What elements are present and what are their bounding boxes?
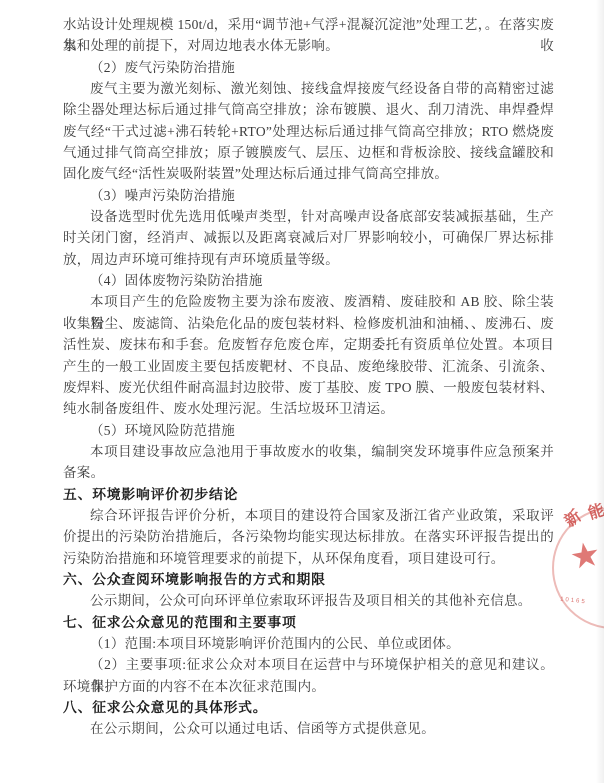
text-line: 环境保护方面的内容不在本次征求范围内。 — [63, 676, 554, 697]
text-line: 价提出的污染防治措施后，各污染物均能实现达标排放。在落实环评报告提出的 — [63, 526, 554, 547]
text-line: 本项目产生的危险废物主要为涂布废液、废酒精、废硅胶和 AB 胶、除尘装置 — [63, 291, 554, 312]
text-line: （3）噪声污染防治措施 — [63, 185, 554, 206]
text-line: 纯水制备废组件、废水处理污泥。生活垃圾环卫清运。 — [63, 398, 554, 419]
text-line: 设备选型时优先选用低噪声类型，针对高噪声设备底部安装减振基础，生产 — [63, 206, 554, 227]
seal-arc-character: 能 — [585, 497, 604, 524]
seal-serial-number: 10165 — [560, 597, 587, 606]
text-line: 活性炭、废抹布和手套。危废暂存危废仓库，定期委托有资质单位处置。本项目 — [63, 334, 554, 355]
text-line: 放，周边声环境可维持现有声环境质量等级。 — [63, 249, 554, 270]
text-line: （4）固体废物污染防治措施 — [63, 270, 554, 291]
text-line: 备案。 — [63, 462, 554, 483]
text-line: （2）主要事项:征求公众对本项目在运营中与环境保护相关的意见和建议。非 — [63, 654, 554, 675]
scan-edge-shadow — [596, 0, 604, 783]
text-line: 时关闭门窗，经消声、减振以及距离衰减后对厂界影响较小，可确保厂界达标排 — [63, 227, 554, 248]
text-line: （1）范围:本项目环境影响评价范围内的公民、单位或团体。 — [63, 633, 554, 654]
text-line: 废气主要为激光刻标、激光刻蚀、接线盒焊接废气经设备自带的高精密过滤 — [63, 78, 554, 99]
section-heading: 八、征求公众意见的具体形式。 — [63, 697, 554, 718]
section-heading: 五、环境影响评价初步结论 — [63, 484, 554, 505]
section-heading: 六、公众查阅环境影响报告的方式和期限 — [63, 569, 554, 590]
seal-arc-character: 新 — [559, 503, 585, 531]
text-line: 产生的一般工业固废主要包括废靶材、不良品、废绝缘胶带、汇流条、引流条、 — [63, 356, 554, 377]
text-line: 收集粉尘、废滤筒、沾染危化品的废包装材料、检修废机油和油桶、、废沸石、废 — [63, 313, 554, 334]
text-line: 固化废气经“活性炭吸附装置”处理达标后通过排气筒高空排放。 — [63, 163, 554, 184]
text-line: （5）环境风险防范措施 — [63, 420, 554, 441]
company-seal-stamp: ★ 新 能 10165 — [548, 502, 604, 632]
text-line: 气通过排气筒高空排放；原子镀膜废气、层压、边框和背板涂胶、接线盒罐胶和 — [63, 142, 554, 163]
text-line: 本项目建设事故应急池用于事故废水的收集，编制突发环境事件应急预案并 — [63, 441, 554, 462]
text-line: 在公示期间，公众可以通过电话、信函等方式提供意见。 — [63, 718, 554, 739]
text-line: 除尘器处理达标后通过排气筒高空排放；涂布镀膜、退火、刮刀清洗、串焊叠焊 — [63, 99, 554, 120]
section-heading: 七、征求公众意见的范围和主要事项 — [63, 612, 554, 633]
text-line: 水站设计处理规模 150t/d，采用“调节池+气浮+混凝沉淀池”处理工艺，。在落… — [63, 14, 554, 35]
seal-star-icon: ★ — [567, 534, 604, 579]
seal-ring-icon — [552, 507, 604, 629]
document-page: 水站设计处理规模 150t/d，采用“调节池+气浮+混凝沉淀池”处理工艺，。在落… — [0, 0, 604, 783]
document-text-block: 水站设计处理规模 150t/d，采用“调节池+气浮+混凝沉淀池”处理工艺，。在落… — [63, 14, 554, 740]
text-line: 公示期间，公众可向环评单位索取环评报告及项目相关的其他补充信息。 — [63, 590, 554, 611]
text-line: 污染防治措施和环境管理要求的前提下，从环保角度看，项目建设可行。 — [63, 548, 554, 569]
text-line: 废焊料、废光伏组件耐高温封边胶带、废丁基胶、废 TPO 膜、一般废包装材料、 — [63, 377, 554, 398]
text-line: （2）废气污染防治措施 — [63, 57, 554, 78]
text-line: 废气经“干式过滤+沸石转轮+RTO”处理达标后通过排气筒高空排放；RTO 燃烧废 — [63, 121, 554, 142]
text-line: 综合环评报告评价分析，本项目的建设符合国家及浙江省产业政策，采取评 — [63, 505, 554, 526]
